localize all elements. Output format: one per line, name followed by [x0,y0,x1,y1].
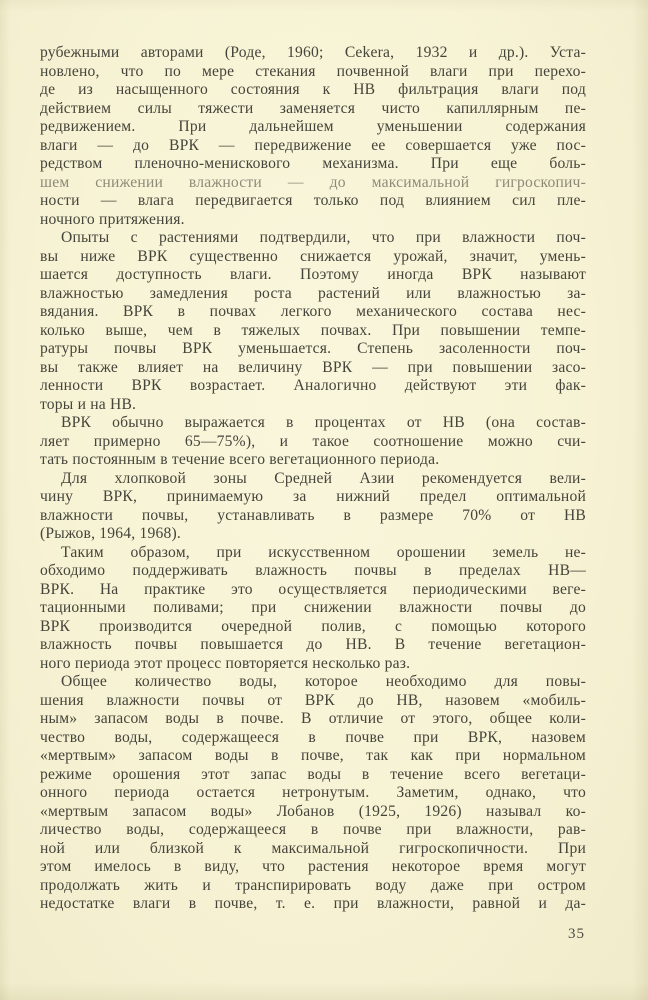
text-line: этом имелось в виду, что растения некото… [40,858,586,877]
text-line: рубежными авторами (Роде, 1960; Cekera, … [40,44,586,63]
text-line: вы также влияет на величину ВРК — при по… [40,359,586,378]
text-line: вы ниже ВРК существенно снижается урожай… [40,248,586,267]
paragraph: Опыты с растениями подтвердили, что при … [40,229,586,414]
text-line: тационными поливами; при снижении влажно… [40,599,586,618]
text-line: ным» запасом воды в почве. В отличие от … [40,710,586,729]
text-line: де из насыщенного состояния к НВ фильтра… [40,81,586,100]
paragraph: Общее количество воды, которое необходим… [40,673,586,914]
text-line: ВРК обычно выражается в процентах от НВ … [40,414,586,433]
text-line: ночного притяжения. [40,211,586,230]
text-line: влажность почвы повышается до НВ. В тече… [40,636,586,655]
text-line: ратуры почвы ВРК уменьшается. Степень за… [40,340,586,359]
text-line: ной или близкой к максимальной гигроскоп… [40,840,586,859]
text-line: режиме орошения этот запас воды в течени… [40,766,586,785]
text-line: продолжать жить и транспирировать воду д… [40,877,586,896]
text-block: рубежными авторами (Роде, 1960; Cekera, … [40,44,586,914]
text-line: ляет примерно 65—75%), и такое соотношен… [40,433,586,452]
text-line: (Рыжов, 1964, 1968). [40,525,586,544]
text-line: Опыты с растениями подтвердили, что при … [40,229,586,248]
text-line: чину ВРК, принимаемую за нижний предел о… [40,488,586,507]
text-line: влажности почвы, устанавливать в размере… [40,507,586,526]
text-line: торы и на НВ. [40,396,586,415]
text-line: ленности ВРК возрастает. Аналогично дейс… [40,377,586,396]
text-line: вядания. ВРК в почвах легкого механическ… [40,303,586,322]
text-line: чество воды, содержащееся в почве при ВР… [40,729,586,748]
text-line: ности — влага передвигается только под в… [40,192,586,211]
text-line: недостатке влаги в почве, т. е. при влаж… [40,895,586,914]
text-line: «мертвым запасом воды» Лобанов (1925, 19… [40,803,586,822]
text-line: редвижением. При дальнейшем уменьшении с… [40,118,586,137]
text-line: ВРК производится очередной полив, с помо… [40,618,586,637]
text-line: Таким образом, при искусственном орошени… [40,544,586,563]
text-line: тать постоянным в течение всего вегетаци… [40,451,586,470]
text-line: колько выше, чем в тяжелых почвах. При п… [40,322,586,341]
text-line: Общее количество воды, которое необходим… [40,673,586,692]
text-line: влаги — до ВРК — передвижение ее соверша… [40,137,586,156]
text-line: влажностью замедления роста растений или… [40,285,586,304]
text-line: Для хлопковой зоны Средней Азии рекоменд… [40,470,586,489]
page-number: 35 [568,926,585,943]
text-line: редством пленочно-менискового механизма.… [40,155,586,174]
text-line: онного периода остается нетронутым. Заме… [40,784,586,803]
text-line: обходимо поддерживать влажность почвы в … [40,562,586,581]
text-line: шения влажности почвы от ВРК до НВ, назо… [40,692,586,711]
text-line: «мертвым» запасом воды в почве, так как … [40,747,586,766]
paragraph: Таким образом, при искусственном орошени… [40,544,586,674]
book-page: рубежными авторами (Роде, 1960; Cekera, … [0,0,648,1000]
paragraph: Для хлопковой зоны Средней Азии рекоменд… [40,470,586,544]
text-line: личество воды, содержащееся в почве при … [40,821,586,840]
text-line: шается доступность влаги. Поэтому иногда… [40,266,586,285]
paragraph: ВРК обычно выражается в процентах от НВ … [40,414,586,470]
text-line: шем снижении влажности — до максимальной… [40,174,586,193]
text-line: действием силы тяжести заменяется чисто … [40,100,586,119]
text-line: ВРК. На практике это осуществляется пери… [40,581,586,600]
text-line: новлено, что по мере стекания почвенной … [40,63,586,82]
paragraph: рубежными авторами (Роде, 1960; Cekera, … [40,44,586,229]
text-line: ного периода этот процесс повторяется не… [40,655,586,674]
